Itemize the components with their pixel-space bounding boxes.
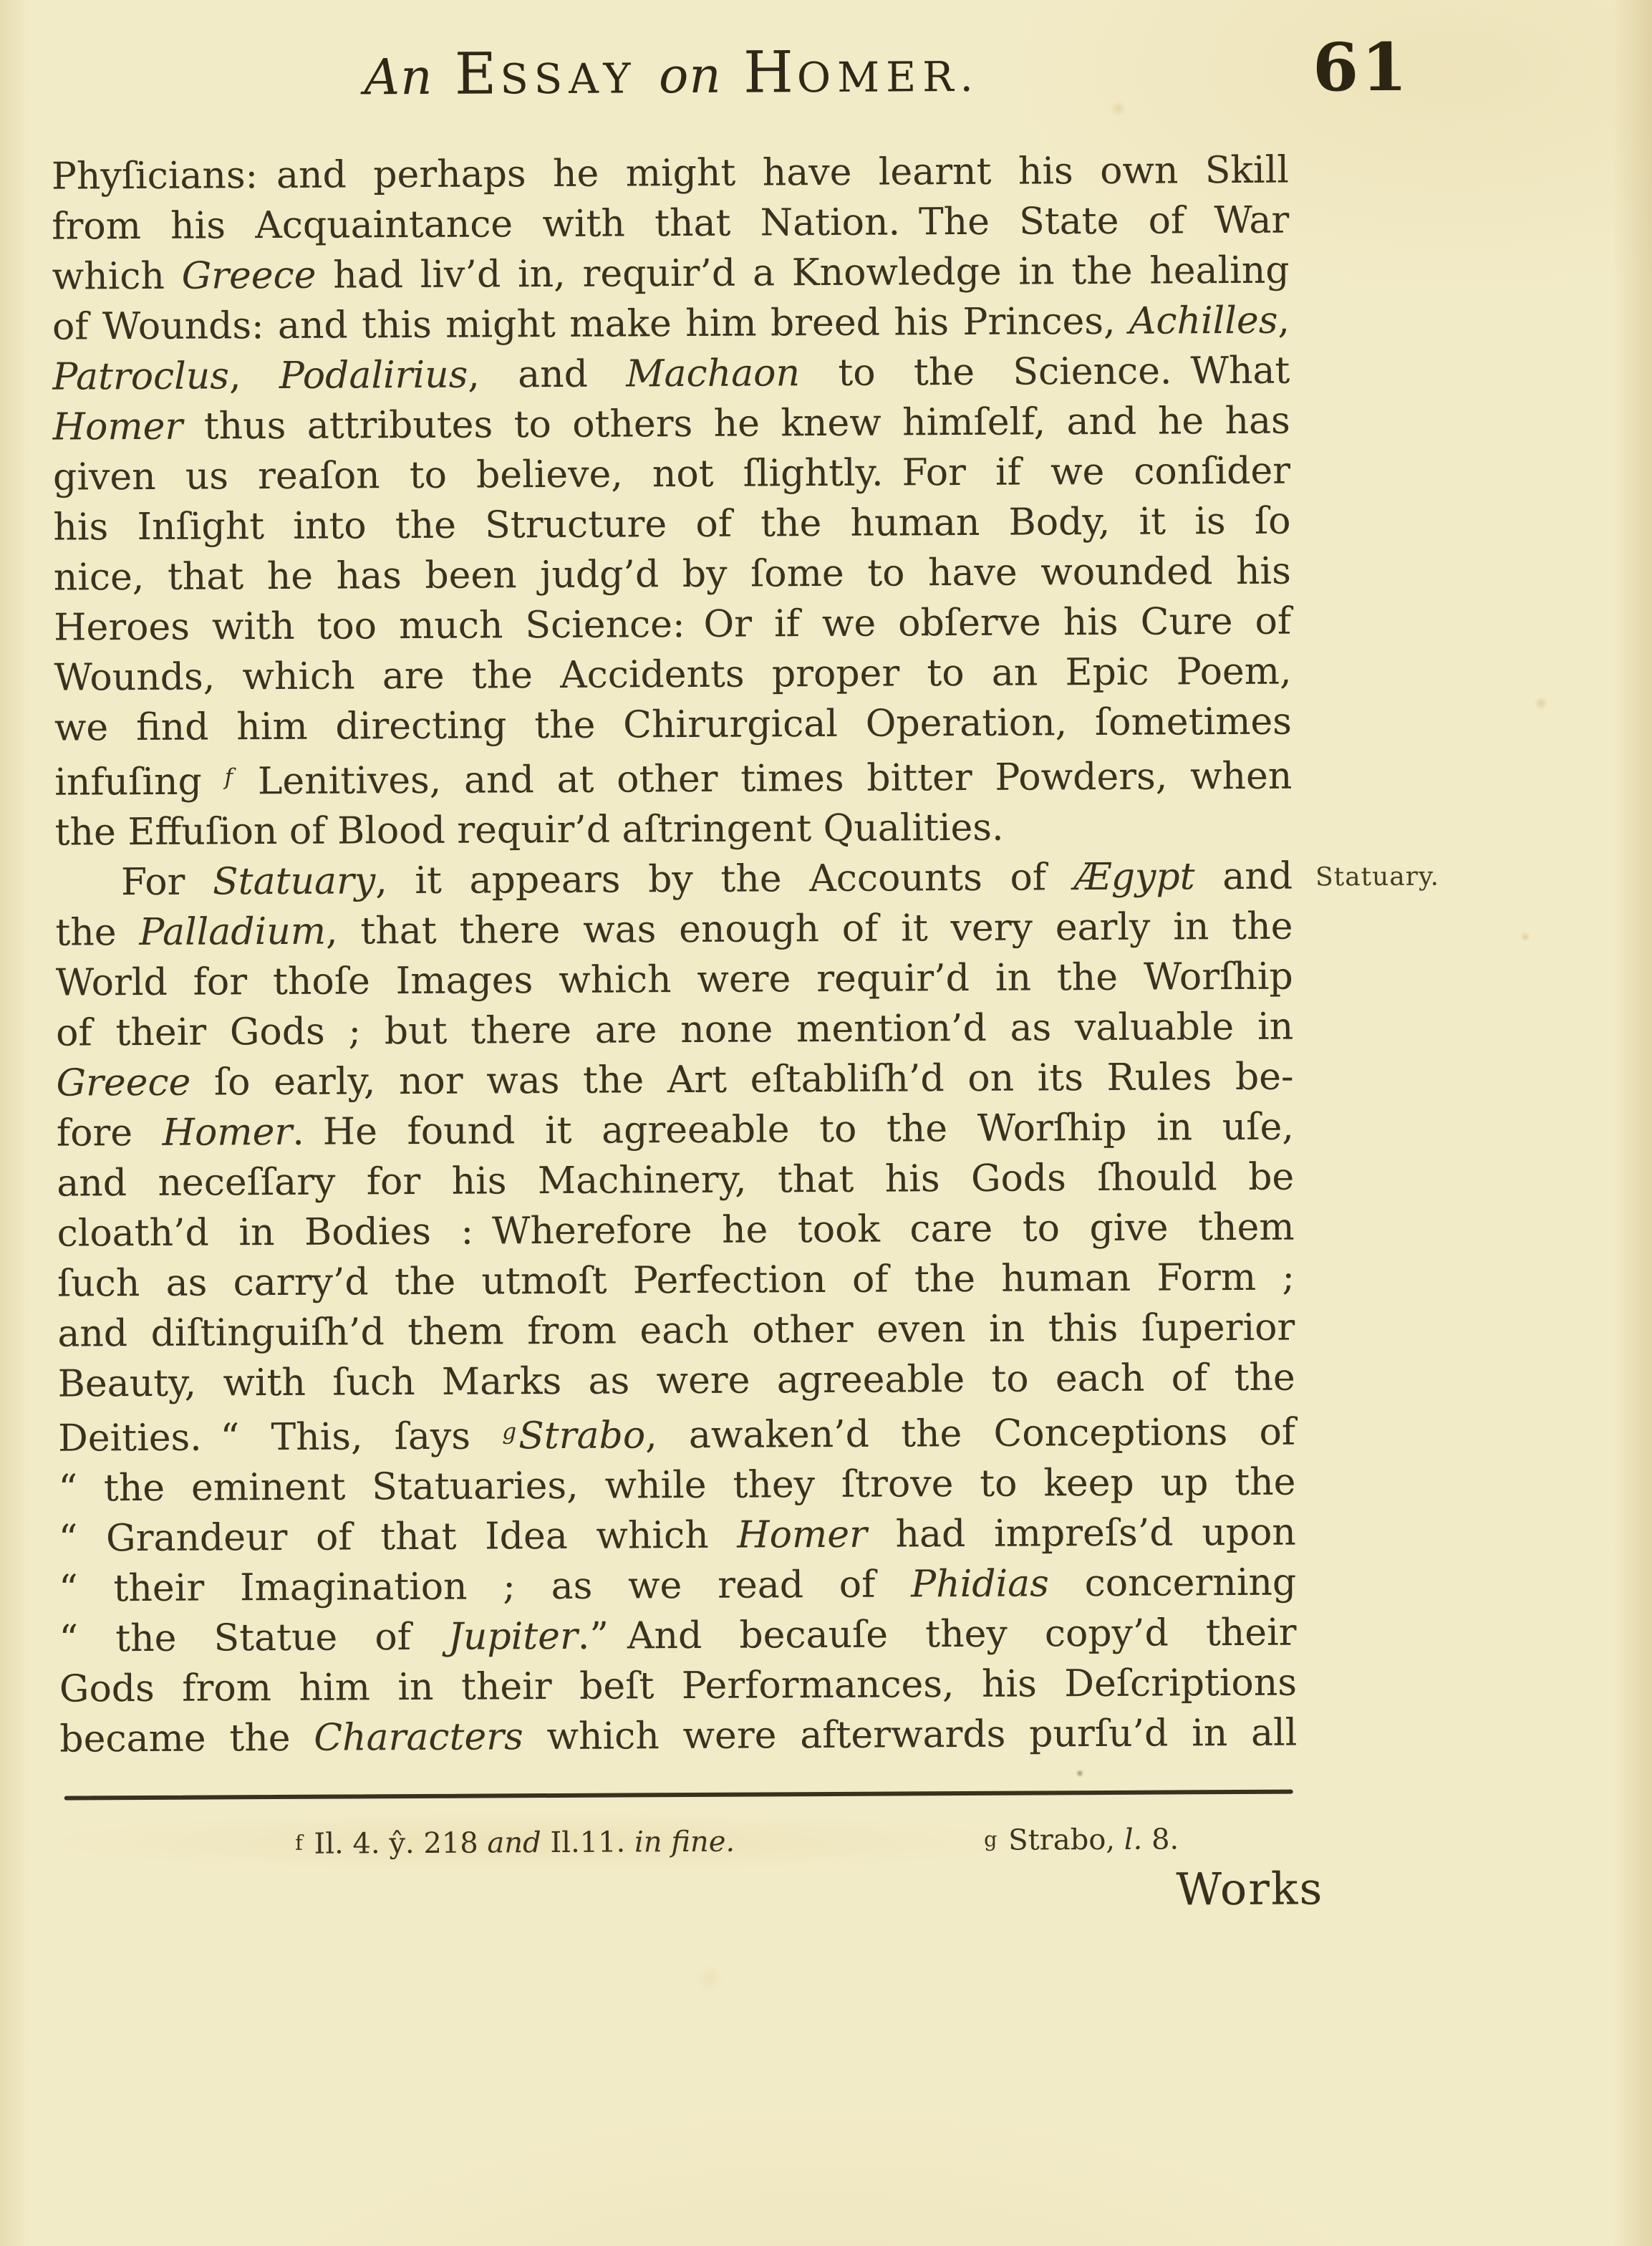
text-segment: SSAY <box>500 54 637 103</box>
page-content: An ESSAY on HOMER. 61 Phyſicians: and pe… <box>0 0 1652 2246</box>
text-segment: Greece <box>56 1061 190 1105</box>
text-line: “ Grandeur of that Idea which Homer had … <box>59 1508 1296 1564</box>
text-line: we find him directing the Chirurgical Op… <box>54 697 1292 753</box>
text-segment: Characters <box>314 1715 523 1760</box>
text-segment: of Wounds: and this might make him breed… <box>52 300 1129 349</box>
text-segment: , <box>1277 299 1290 342</box>
text-segment: became the <box>59 1717 314 1761</box>
text-line: from his Acquaintance with that Nation. … <box>52 196 1289 252</box>
text-segment: and <box>1194 855 1293 899</box>
book-page-scan: An ESSAY on HOMER. 61 Phyſicians: and pe… <box>0 0 1652 2246</box>
text-segment: Phyſicians: and perhaps he might have le… <box>52 149 1289 198</box>
footnote-f: f Il. 4. ŷ. 218 and Il.11. in fine. <box>295 1826 735 1861</box>
reference-mark: f <box>295 1831 303 1855</box>
text-segment: Strabo <box>518 1414 645 1458</box>
text-segment: Podalirius <box>279 354 468 397</box>
text-segment: Il.11. <box>541 1826 635 1859</box>
text-segment: Palladium <box>139 910 326 954</box>
text-line: became the Characters which were afterwa… <box>59 1708 1297 1765</box>
text-segment: nice, that he has been judg’d by ſome to… <box>54 550 1291 599</box>
text-segment: thus attributes to others he knew himſel… <box>183 400 1290 448</box>
text-segment: his Inſight into the Structure of the hu… <box>53 500 1290 549</box>
text-segment: , <box>229 355 279 397</box>
body-text: Phyſicians: and perhaps he might have le… <box>52 145 1298 1765</box>
text-segment: the <box>55 911 139 955</box>
text-line: For Statuary, it appears by the Accounts… <box>55 852 1293 908</box>
text-segment: Patroclus <box>52 355 229 398</box>
text-line: “ the Statue of Jupiter.” And becauſe th… <box>59 1608 1296 1664</box>
text-line: World for thoſe Images which were requir… <box>56 952 1293 1008</box>
text-segment: “ Grandeur of that Idea which <box>59 1514 738 1561</box>
text-segment: Lenitives, and at other times bitter Pow… <box>235 755 1292 804</box>
text-line: of their Gods ; but there are none menti… <box>56 1002 1293 1059</box>
footnote-g: g Strabo, l. 8. <box>984 1823 1179 1856</box>
text-segment: H <box>721 39 797 106</box>
text-segment: Wounds, which are the Accidents proper t… <box>54 650 1291 700</box>
text-segment: “ the Statue of <box>59 1616 448 1661</box>
text-segment: Deities. “ This, ſays <box>58 1415 502 1460</box>
text-segment: Homer <box>163 1111 293 1155</box>
page-number: 61 <box>1313 29 1411 107</box>
text-segment: Homer <box>53 405 183 449</box>
text-line: infuſing f Lenitives, and at other times… <box>54 747 1292 808</box>
text-segment: OMER. <box>797 53 980 102</box>
text-segment: which <box>52 255 181 299</box>
text-segment: Jupiter <box>448 1615 578 1659</box>
footnote-divider <box>64 1790 1293 1801</box>
text-line: of Wounds: and this might make him breed… <box>52 296 1290 352</box>
text-segment: infuſing <box>54 760 225 804</box>
text-segment: and neceſſary for his Machinery, that hi… <box>57 1156 1294 1205</box>
text-line: fore Homer. He found it agreeable to the… <box>57 1102 1294 1159</box>
text-segment: l. <box>1124 1823 1143 1856</box>
text-segment: , awaken’d the Conceptions of <box>645 1411 1295 1457</box>
text-segment: E <box>433 40 500 107</box>
text-segment: An <box>364 49 433 107</box>
text-line: Greece ſo early, nor was the Art eſtabli… <box>56 1052 1293 1109</box>
text-segment: given us reaſon to believe, not ſlightly… <box>53 450 1290 499</box>
text-segment: in fine. <box>634 1826 735 1859</box>
text-segment: , it appears by the Accounts of <box>375 856 1074 902</box>
text-segment: the Effuſion of Blood requir’d aſtringen… <box>55 806 1004 854</box>
text-line: his Inſight into the Structure of the hu… <box>53 496 1290 553</box>
text-segment: we find him directing the Chirurgical Op… <box>54 700 1292 750</box>
text-line: ſuch as carry’d the utmoſt Perfection of… <box>57 1253 1295 1309</box>
text-segment: Gods from him in their beſt Performances… <box>59 1662 1297 1711</box>
text-segment: “ the eminent Statuaries, while they ſtr… <box>58 1461 1295 1510</box>
text-line: cloath’d in Bodies : Wherefore he took c… <box>57 1202 1294 1259</box>
text-segment: and diſtinguiſh’d them from each other e… <box>57 1306 1295 1356</box>
reference-mark: g <box>984 1827 998 1851</box>
text-line: the Effuſion of Blood requir’d aſtringen… <box>55 801 1293 858</box>
text-line: and neceſſary for his Machinery, that hi… <box>57 1152 1294 1209</box>
text-line: “ the eminent Statuaries, while they ſtr… <box>58 1457 1295 1514</box>
text-segment: Beauty, with ſuch Marks as were agreeabl… <box>58 1356 1295 1406</box>
text-line: Heroes with too much Science: Or if we o… <box>54 597 1291 653</box>
text-segment: Ægypt <box>1074 855 1195 899</box>
text-segment: to the Science. What <box>800 350 1290 395</box>
text-line: Patroclus, Podalirius, and Machaon to th… <box>52 346 1290 403</box>
catchword: Works <box>1176 1862 1323 1915</box>
text-segment: 8. <box>1142 1823 1179 1856</box>
text-segment: Statuary <box>213 859 375 903</box>
text-line: Phyſicians: and perhaps he might have le… <box>52 145 1289 202</box>
text-segment: from his Acquaintance with that Nation. … <box>52 199 1289 249</box>
text-segment: , and <box>468 352 626 396</box>
text-segment: Achilles <box>1129 299 1278 343</box>
text-line: Beauty, with ſuch Marks as were agreeabl… <box>58 1353 1295 1409</box>
text-segment: Il. 4. ŷ. 218 <box>305 1826 488 1860</box>
text-segment: had liv’d in, requir’d a Knowledge in th… <box>316 249 1289 297</box>
text-segment: ſuch as carry’d the utmoſt Perfection of… <box>57 1256 1295 1306</box>
text-segment: ſo early, nor was the Art eſtabliſh’d on… <box>190 1056 1293 1104</box>
text-segment: on <box>659 47 722 105</box>
text-segment: of their Gods ; but there are none menti… <box>56 1006 1293 1055</box>
text-segment: .” And becauſe they copy’d their <box>578 1611 1297 1658</box>
text-segment: For <box>121 861 213 905</box>
text-segment: Machaon <box>626 352 800 395</box>
text-segment: Phidias <box>911 1563 1049 1606</box>
text-segment: concerning <box>1049 1561 1297 1606</box>
text-line: the Palladium, that there was enough of … <box>55 902 1293 958</box>
text-line: “ their Imagination ; as we read of Phid… <box>59 1558 1296 1614</box>
text-segment: , that there was enough of it very early… <box>326 905 1293 953</box>
reference-mark: g <box>502 1419 516 1445</box>
running-header: An ESSAY on HOMER. <box>81 37 1262 110</box>
text-segment: Strabo, <box>999 1823 1124 1857</box>
text-segment: cloath’d in Bodies : Wherefore he took c… <box>57 1206 1294 1255</box>
text-segment: had impreſs’d upon <box>867 1511 1296 1556</box>
text-segment: and <box>487 1826 541 1859</box>
text-line: Homer thus attributes to others he knew … <box>53 396 1290 453</box>
text-line: which Greece had liv’d in, requir’d a Kn… <box>52 246 1289 302</box>
text-segment: which were afterwards purſu’d in all <box>523 1712 1298 1759</box>
text-segment: . He found it agreeable to the Worſhip i… <box>292 1106 1294 1154</box>
text-segment <box>637 39 659 106</box>
text-segment: Homer <box>737 1513 867 1557</box>
text-segment: World for thoſe Images which were requir… <box>56 955 1293 1005</box>
text-line: given us reaſon to believe, not ſlightly… <box>53 446 1290 503</box>
text-line: Wounds, which are the Accidents proper t… <box>54 647 1291 703</box>
text-segment: fore <box>57 1112 163 1155</box>
text-line: Deities. “ This, ſays gStrabo, awaken’d … <box>58 1403 1295 1464</box>
reference-mark: f <box>224 764 233 790</box>
text-segment: Heroes with too much Science: Or if we o… <box>54 600 1291 650</box>
text-line: nice, that he has been judg’d by ſome to… <box>54 546 1291 603</box>
margin-note: Statuary. <box>1315 862 1439 892</box>
text-line: Gods from him in their beſt Performances… <box>59 1658 1297 1715</box>
text-segment: Greece <box>181 254 316 298</box>
text-segment: “ their Imagination ; as we read of <box>59 1563 911 1611</box>
text-line: and diſtinguiſh’d them from each other e… <box>57 1303 1295 1359</box>
